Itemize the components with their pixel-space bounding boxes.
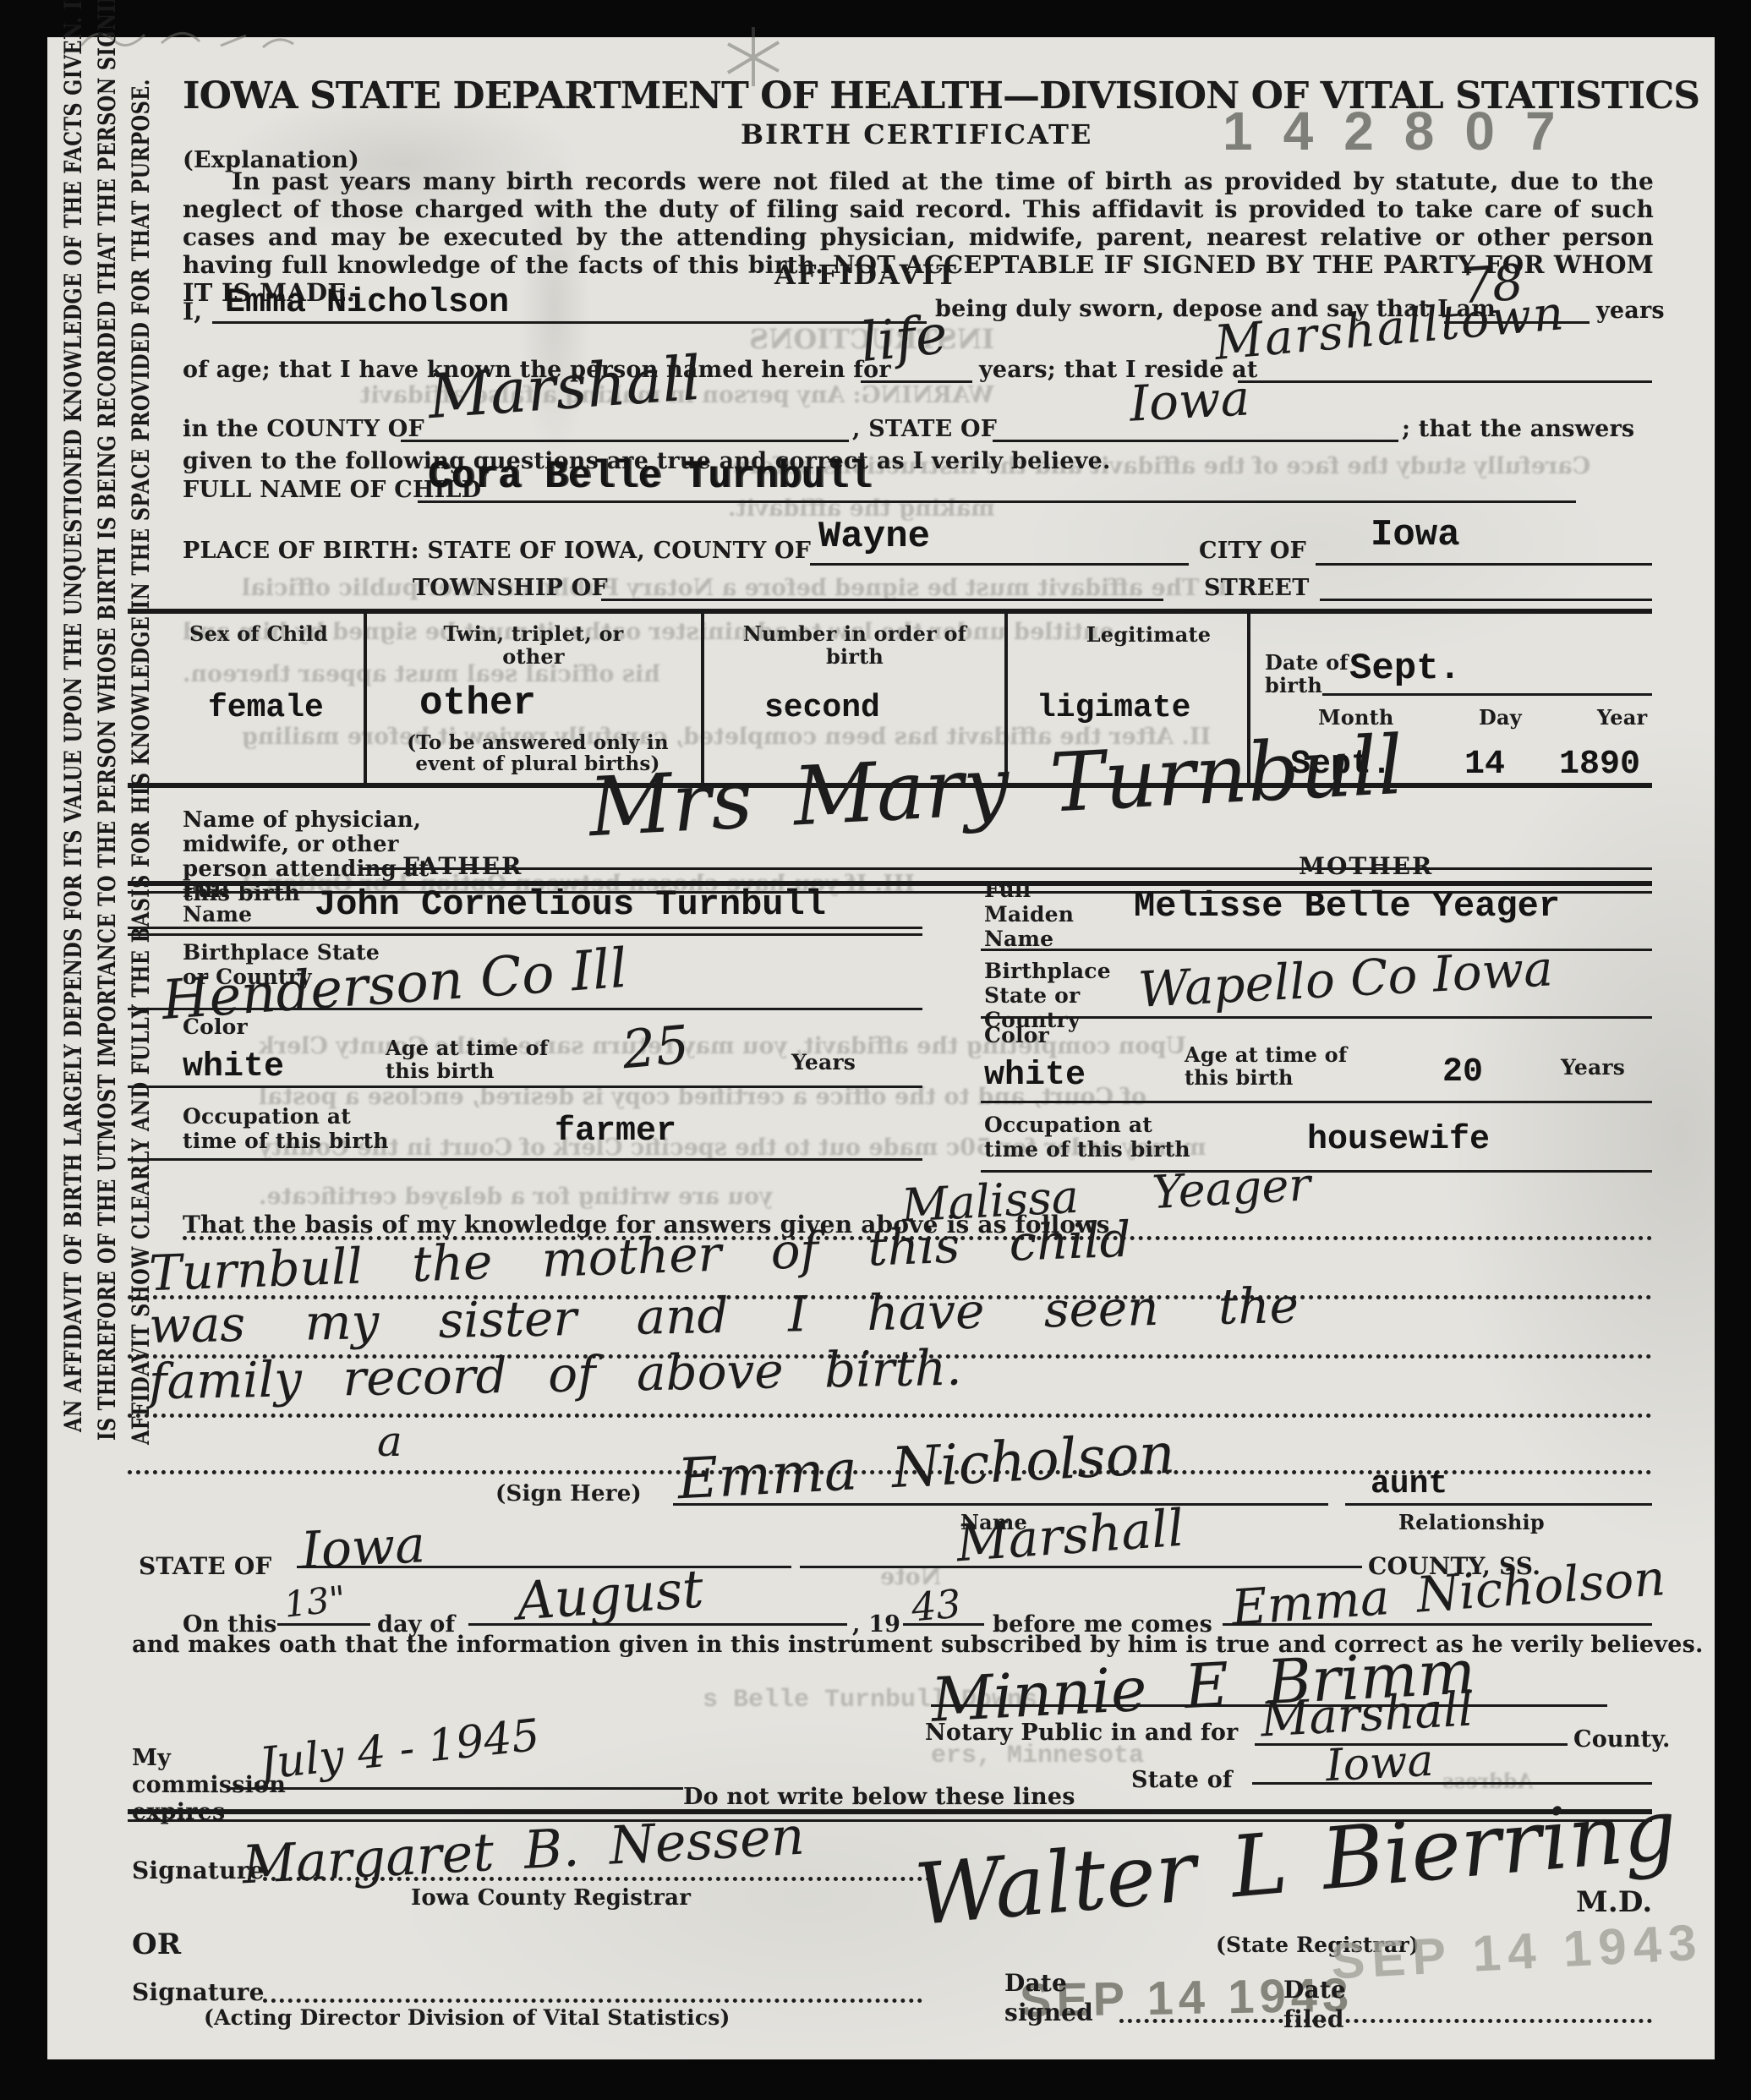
underline — [981, 1016, 1652, 1019]
dotted-line — [263, 1877, 931, 1881]
underline — [903, 1623, 984, 1626]
underline — [360, 867, 1652, 870]
underline — [277, 1623, 370, 1626]
father-color-value: white — [183, 1048, 284, 1086]
state-of-small-label: State of — [1131, 1767, 1233, 1793]
father-occupation-label: Occupation at time of this birth — [183, 1104, 402, 1153]
margin-note-line-3: AFFIDAVIT SHOW CLEARLY AND FULLY THE BAS… — [127, 0, 155, 1445]
twin-header: Twin, triplet, or other — [419, 622, 648, 668]
mother-age-label: Age at time of this birth — [1185, 1043, 1379, 1089]
underline — [401, 440, 849, 442]
underline — [128, 927, 922, 929]
underline — [1252, 1782, 1652, 1785]
signature-label-1: Signature — [132, 1857, 265, 1884]
underline — [673, 1503, 1328, 1506]
date-signed-label: Date signed — [1004, 1968, 1114, 2027]
acting-director-title: (Acting Director Division of Vital Stati… — [204, 2005, 730, 2030]
underline — [128, 1086, 922, 1088]
underline — [1345, 1503, 1652, 1506]
township-label: TOWNSHIP OF — [413, 575, 608, 601]
basis-stray-mark: a — [377, 1417, 402, 1466]
twin-value: other — [419, 681, 536, 725]
father-occupation-value: farmer — [555, 1113, 676, 1151]
affidavit-heading: AFFIDAVIT — [774, 259, 958, 291]
day-value: 14 — [1464, 746, 1505, 784]
no-write-label: Do not write below these lines — [683, 1784, 1075, 1810]
month-handwritten: August — [515, 1557, 706, 1632]
county-registrar-title: Iowa County Registrar — [411, 1885, 691, 1911]
street-label: STREET — [1204, 575, 1309, 601]
relationship-value: aunt — [1371, 1466, 1447, 1502]
underline — [1223, 1623, 1652, 1626]
known-for-handwritten: life — [857, 304, 950, 375]
mother-age-value: 20 — [1442, 1053, 1483, 1091]
notary-title-label: Notary Public in and for — [925, 1720, 1238, 1746]
mother-heading: MOTHER — [1299, 852, 1433, 880]
underline — [800, 1566, 1362, 1568]
years-label-1: years — [1596, 298, 1665, 324]
date-filed-stamp: SEP 14 1943 — [1329, 1913, 1704, 1991]
underline — [601, 599, 1163, 601]
mother-occupation-label: Occupation at time of this birth — [984, 1113, 1204, 1162]
city-value: Iowa — [1371, 514, 1460, 556]
underline — [981, 1101, 1652, 1103]
birth-county-value: Wayne — [818, 516, 930, 558]
i-label: I, — [183, 298, 202, 325]
father-age-label: Age at time of this birth — [386, 1036, 580, 1082]
underline — [128, 933, 922, 936]
underline — [128, 1158, 922, 1161]
county-label: in the COUNTY OF — [183, 416, 424, 442]
underline — [128, 1008, 922, 1010]
affiant-name: Emma Nicholson — [225, 284, 509, 322]
order-value: second — [764, 690, 880, 726]
answers-text: ; that the answers — [1402, 416, 1634, 442]
affiant-signature: Emma Nicholson — [676, 1421, 1176, 1512]
underline — [1320, 599, 1652, 601]
city-label: CITY OF — [1199, 538, 1306, 564]
legitimate-header: Legitimate — [1058, 622, 1239, 647]
underline — [418, 500, 1576, 503]
underline — [1322, 693, 1652, 696]
underline — [468, 1623, 847, 1626]
mother-occupation-value: housewife — [1307, 1121, 1490, 1159]
date-written-value: Sept. — [1349, 648, 1461, 690]
table-top-rule — [128, 609, 1652, 614]
dotted-line — [128, 1414, 1652, 1418]
father-years-label: Years — [791, 1050, 856, 1075]
state-handwritten: Iowa — [1128, 369, 1250, 432]
mother-color-value: white — [984, 1057, 1086, 1095]
notary-county-suffix: County. — [1573, 1726, 1671, 1753]
md-label: M.D. — [1576, 1885, 1652, 1919]
underline — [1238, 380, 1652, 383]
father-color-label: Color — [183, 1014, 248, 1039]
mother-birthplace-handwritten: Wapello Co Iowa — [1137, 939, 1555, 1019]
signature-label-2: Signature — [132, 1978, 265, 2006]
certificate-number-stamp: 142807 — [1223, 100, 1586, 162]
dotted-line — [1119, 2019, 1652, 2023]
year-value: 1890 — [1559, 746, 1640, 784]
year-header: Year — [1597, 705, 1647, 730]
father-name-value: John Cornelious Turnbull — [315, 884, 826, 925]
state-of-label: STATE OF — [139, 1552, 272, 1580]
dotted-line — [263, 1999, 922, 2003]
underline — [227, 1787, 683, 1790]
mother-years-label: Years — [1561, 1055, 1625, 1080]
father-age-handwritten: 25 — [620, 1014, 692, 1081]
underline — [810, 563, 1189, 566]
sex-header: Sex of Child — [161, 622, 356, 645]
day-handwritten: 13" — [282, 1578, 347, 1625]
mother-name-label: Full Maiden Name — [984, 878, 1077, 951]
place-of-birth-label: PLACE OF BIRTH: STATE OF IOWA, COUNTY OF — [183, 538, 811, 564]
child-name-value: Cora Belle Turnbull — [428, 455, 872, 499]
commission-handwritten: July 4 - 1945 — [257, 1710, 542, 1790]
margin-note-line-2: IS THEREFORE OF THE UTMOST IMPORTANCE TO… — [93, 0, 121, 1441]
table-column-divider — [364, 609, 367, 783]
underline — [1316, 563, 1652, 566]
mother-birthplace-label: Birthplace State or Country — [984, 959, 1145, 1032]
relationship-label: Relationship — [1398, 1510, 1545, 1534]
legitimate-value: ligimate — [1037, 690, 1190, 726]
scanned-birth-certificate: INSTRUCTIONS WARNING: Any person in maki… — [0, 0, 1751, 2100]
order-header: Number in order of birth — [732, 622, 977, 668]
certificate-paper: INSTRUCTIONS WARNING: Any person in maki… — [47, 37, 1715, 2059]
state-of-handwritten: Iowa — [299, 1515, 426, 1581]
ghost-line: 1. The affidavit must be signed before a… — [242, 575, 1231, 601]
underline — [212, 321, 927, 324]
father-name-label: Full Name — [183, 878, 267, 927]
mother-color-label: Color — [984, 1023, 1049, 1047]
sign-here-label: (Sign Here) — [495, 1481, 642, 1507]
underline — [993, 440, 1398, 442]
underline — [861, 380, 972, 383]
date-filed-label: Date filed — [1283, 1975, 1368, 2034]
day-header: Day — [1479, 705, 1522, 730]
margin-note-line-1: AN AFFIDAVIT OF BIRTH LARGELY DEPENDS FO… — [59, 0, 87, 1432]
ghost-minnesota: ers, Minnesota — [931, 1742, 1144, 1770]
sex-value: female — [208, 690, 324, 726]
page-subtitle: BIRTH CERTIFICATE — [741, 118, 1092, 150]
ghost-line: you are writing for a delayed certificat… — [259, 1184, 773, 1210]
state-label: , STATE OF — [852, 416, 997, 442]
or-label: OR — [132, 1928, 181, 1961]
father-heading: FATHER — [402, 852, 523, 880]
county-handwritten: Marshall — [425, 342, 703, 432]
mother-name-value: Melisse Belle Yeager — [1134, 886, 1560, 927]
ghost-address: Address — [1442, 1769, 1533, 1793]
